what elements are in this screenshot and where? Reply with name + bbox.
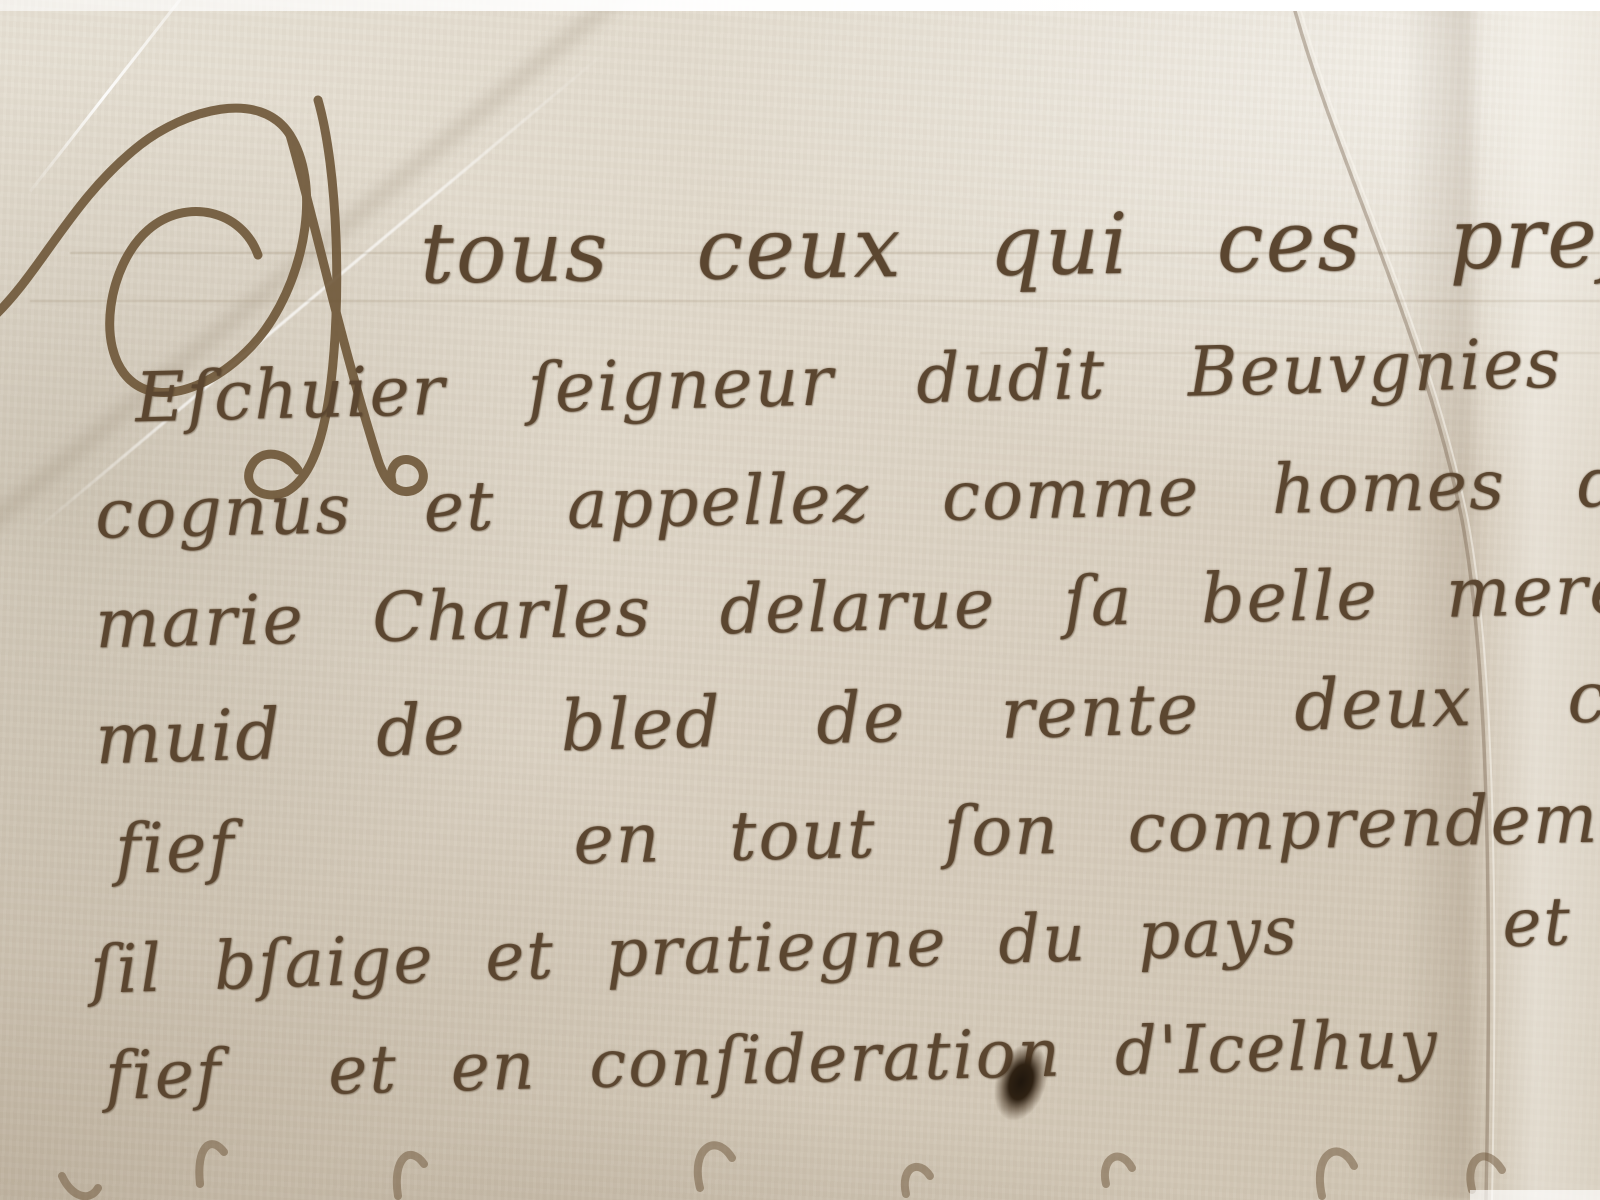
handwritten-line-8: fief et en conſideration d'Icelhuy en xyxy=(104,998,1600,1115)
handwritten-line-6: fief en tout ſon comprendement xyxy=(114,777,1600,890)
clipped-bottom-line-strokes xyxy=(0,1118,1600,1200)
parchment-manuscript-photo: A tous ceux qui ces preſe Eſchuier ſeign… xyxy=(0,0,1600,1200)
handwritten-line-7: ſil bſaige et pratiegne du pays et c xyxy=(89,880,1600,1009)
handwritten-line-5: muid de bled de rente deux cha xyxy=(94,654,1600,781)
photo-bottom-right-edge xyxy=(1470,1190,1600,1200)
photo-top-edge xyxy=(0,0,1600,11)
handwritten-line-4: marie Charles delarue ſa belle mere xyxy=(94,551,1600,665)
handwritten-line-1: tous ceux qui ces preſe xyxy=(419,187,1600,303)
flourished-initial-A: A xyxy=(0,40,470,514)
